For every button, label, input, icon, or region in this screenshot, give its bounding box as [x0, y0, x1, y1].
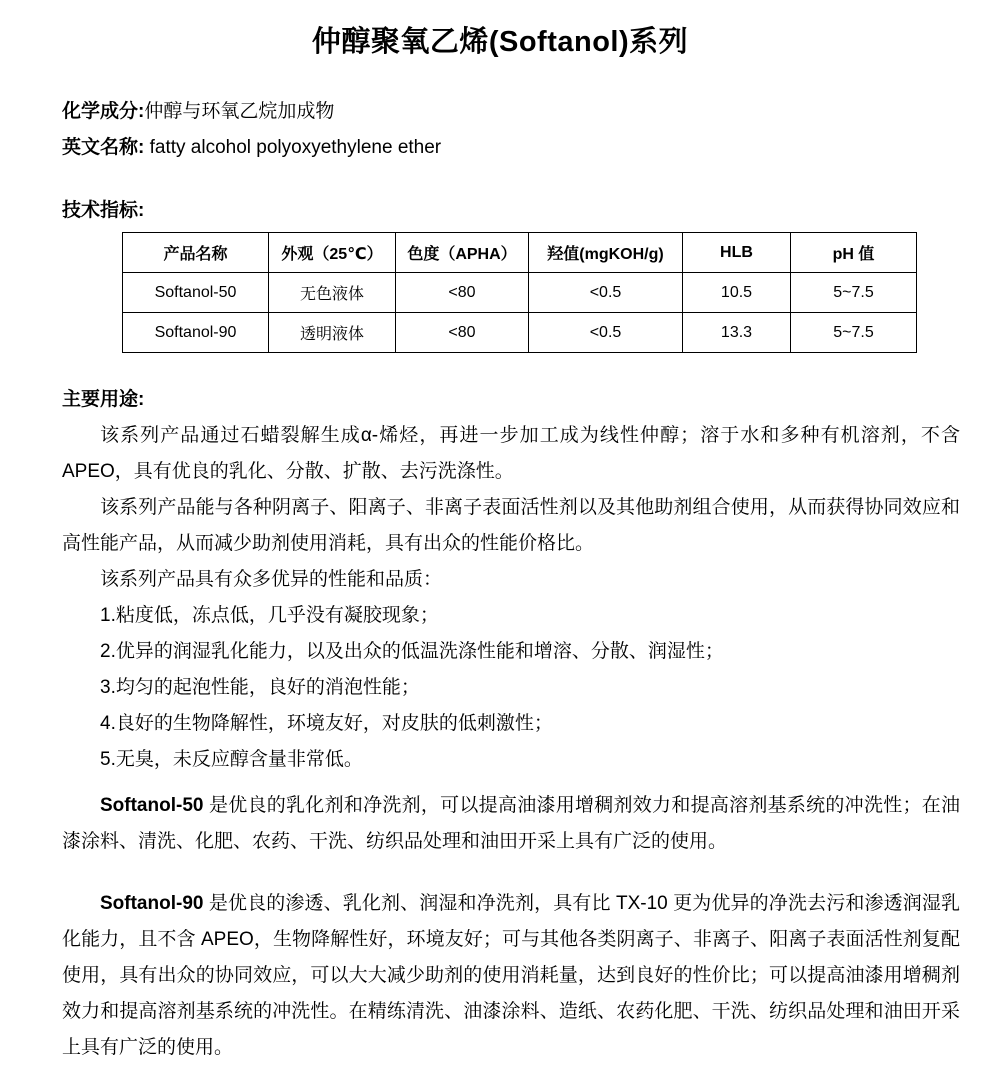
cell-hydroxyl-value: <0.5 [529, 273, 683, 313]
header-appearance: 外观（25℃） [269, 233, 396, 273]
header-hydroxyl-value: 羟值(mgKOH/g) [529, 233, 683, 273]
english-name-line: 英文名称: fatty alcohol polyoxyethylene ethe… [62, 130, 960, 166]
main-uses-heading: 主要用途: [62, 382, 960, 418]
feature-item-1: 1.粘度低，冻点低，几乎没有凝胶现象； [62, 598, 960, 634]
cell-product-name: Softanol-90 [123, 313, 269, 353]
specs-table-body: Softanol-50 无色液体 <80 <0.5 10.5 5~7.5 Sof… [123, 273, 917, 353]
header-hlb: HLB [683, 233, 791, 273]
feature-item-4: 4.良好的生物降解性，环境友好，对皮肤的低刺激性； [62, 706, 960, 742]
chemical-composition-value: 仲醇与环氧乙烷加成物 [144, 101, 334, 122]
specs-table-header: 产品名称 外观（25℃） 色度（APHA） 羟值(mgKOH/g) HLB pH… [123, 233, 917, 273]
table-row: Softanol-50 无色液体 <80 <0.5 10.5 5~7.5 [123, 273, 917, 313]
softanol-50-name: Softanol-50 [100, 795, 203, 816]
table-header-row: 产品名称 外观（25℃） 色度（APHA） 羟值(mgKOH/g) HLB pH… [123, 233, 917, 273]
feature-item-3: 3.均匀的起泡性能，良好的消泡性能； [62, 670, 960, 706]
english-name-label: 英文名称: [62, 137, 144, 158]
chemical-composition-label: 化学成分: [62, 101, 144, 122]
specs-table: 产品名称 外观（25℃） 色度（APHA） 羟值(mgKOH/g) HLB pH… [122, 232, 917, 353]
cell-product-name: Softanol-50 [123, 273, 269, 313]
document-content: 化学成分:仲醇与环氧乙烷加成物 英文名称: fatty alcohol poly… [0, 94, 1000, 1076]
feature-item-5: 5.无臭，未反应醇含量非常低。 [62, 742, 960, 778]
uses-paragraph-1: 该系列产品通过石蜡裂解生成α-烯烃，再进一步加工成为线性仲醇；溶于水和多种有机溶… [62, 418, 960, 490]
english-name-value: fatty alcohol polyoxyethylene ether [144, 137, 441, 158]
header-ph: pH 值 [791, 233, 917, 273]
chemical-composition-line: 化学成分:仲醇与环氧乙烷加成物 [62, 94, 960, 130]
cell-appearance: 透明液体 [269, 313, 396, 353]
softanol-50-paragraph: Softanol-50 是优良的乳化剂和净洗剂，可以提高油漆用增稠剂效力和提高溶… [62, 788, 960, 860]
document-page: 仲醇聚氧乙烯(Softanol)系列 化学成分:仲醇与环氧乙烷加成物 英文名称:… [0, 0, 1000, 1076]
cell-color-apha: <80 [396, 313, 529, 353]
cell-ph: 5~7.5 [791, 313, 917, 353]
page-title: 仲醇聚氧乙烯(Softanol)系列 [0, 24, 1000, 60]
softanol-90-description: 是优良的渗透、乳化剂、润湿和净洗剂，具有比 TX-10 更为优异的净洗去污和渗透… [62, 893, 960, 1058]
cell-appearance: 无色液体 [269, 273, 396, 313]
softanol-90-paragraph: Softanol-90 是优良的渗透、乳化剂、润湿和净洗剂，具有比 TX-10 … [62, 886, 960, 1066]
header-color-apha: 色度（APHA） [396, 233, 529, 273]
table-row: Softanol-90 透明液体 <80 <0.5 13.3 5~7.5 [123, 313, 917, 353]
softanol-90-name: Softanol-90 [100, 893, 203, 914]
feature-item-2: 2.优异的润湿乳化能力，以及出众的低温洗涤性能和增溶、分散、润湿性； [62, 634, 960, 670]
product-info-block: 化学成分:仲醇与环氧乙烷加成物 英文名称: fatty alcohol poly… [62, 94, 960, 166]
header-product-name: 产品名称 [123, 233, 269, 273]
uses-paragraph-2: 该系列产品能与各种阴离子、阳离子、非离子表面活性剂以及其他助剂组合使用，从而获得… [62, 490, 960, 562]
specs-heading: 技术指标: [62, 193, 960, 229]
uses-paragraph-3: 该系列产品具有众多优异的性能和品质： [62, 562, 960, 598]
cell-hlb: 13.3 [683, 313, 791, 353]
cell-color-apha: <80 [396, 273, 529, 313]
cell-hydroxyl-value: <0.5 [529, 313, 683, 353]
cell-hlb: 10.5 [683, 273, 791, 313]
cell-ph: 5~7.5 [791, 273, 917, 313]
